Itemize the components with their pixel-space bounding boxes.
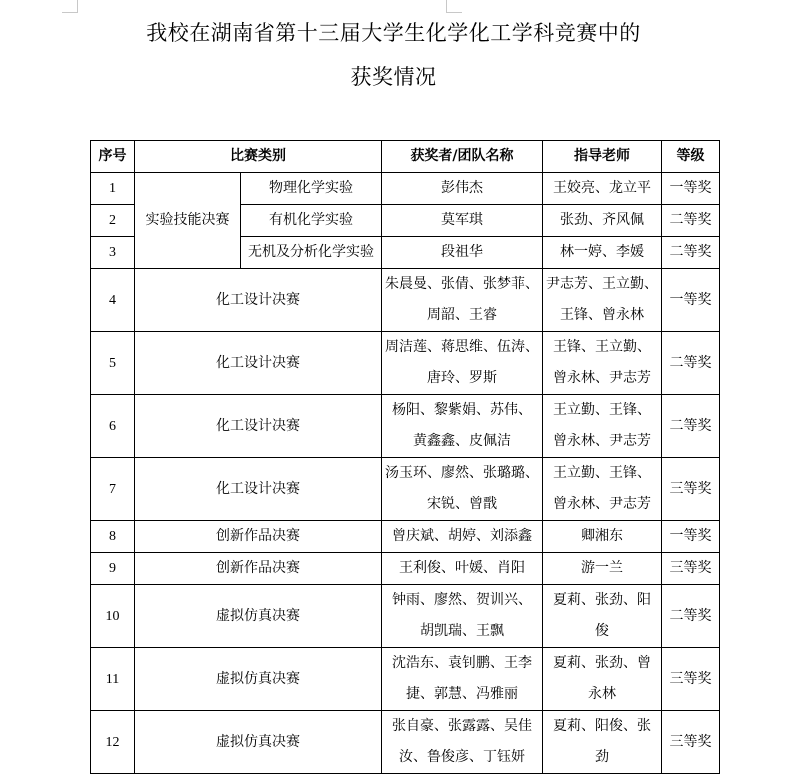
row-winners: 曾庆斌、胡婷、刘添鑫 [382, 521, 543, 553]
row-no: 2 [91, 205, 135, 237]
winners-line: 胡凯瑞、王飘 [385, 616, 539, 647]
winners-line: 沈浩东、袁钊鹏、王李 [385, 648, 539, 679]
advisors-line: 王立勤、王锋、 [546, 395, 658, 426]
row-advisors: 游一兰 [543, 553, 662, 585]
advisors-line: 曾永林、尹志芳 [546, 363, 658, 394]
row-winners: 杨阳、黎紫娟、苏伟、黄鑫鑫、皮佩洁 [382, 395, 543, 458]
row-subcategory: 无机及分析化学实验 [241, 237, 382, 269]
winners-line: 汝、鲁俊彦、丁钰妍 [385, 742, 539, 773]
row-advisors: 夏莉、阳俊、张劲 [543, 711, 662, 774]
row-winners: 莫军琪 [382, 205, 543, 237]
table-row: 12 虚拟仿真决赛 张自豪、张露露、吴佳汝、鲁俊彦、丁钰妍 夏莉、阳俊、张劲 三… [91, 711, 720, 774]
row-advisors: 王锋、王立勤、曾永林、尹志芳 [543, 332, 662, 395]
row-category: 虚拟仿真决赛 [135, 585, 382, 648]
row-advisors: 尹志芳、王立勤、王锋、曾永林 [543, 269, 662, 332]
row-subcategory: 有机化学实验 [241, 205, 382, 237]
winners-line: 杨阳、黎紫娟、苏伟、 [385, 395, 539, 426]
advisors-line: 永林 [546, 679, 658, 710]
row-winners: 沈浩东、袁钊鹏、王李捷、郭慧、冯雅丽 [382, 648, 543, 711]
advisors-line: 俊 [546, 616, 658, 647]
winners-line: 捷、郭慧、冯雅丽 [385, 679, 539, 710]
table-row: 5 化工设计决赛 周洁莲、蒋思维、伍涛、唐玲、罗斯 王锋、王立勤、曾永林、尹志芳… [91, 332, 720, 395]
row-level: 二等奖 [662, 237, 720, 269]
row-category: 创新作品决赛 [135, 553, 382, 585]
winners-line: 唐玲、罗斯 [385, 363, 539, 394]
table-row: 8 创新作品决赛 曾庆斌、胡婷、刘添鑫 卿湘东 一等奖 [91, 521, 720, 553]
awards-table: 序号 比赛类别 获奖者/团队名称 指导老师 等级 1 实验技能决赛 物理化学实验… [90, 140, 720, 774]
advisors-line: 尹志芳、王立勤、 [546, 269, 658, 300]
table-row: 1 实验技能决赛 物理化学实验 彭伟杰 王姣亮、龙立平 一等奖 [91, 173, 720, 205]
row-no: 12 [91, 711, 135, 774]
row-category: 实验技能决赛 [135, 173, 241, 269]
table-row: 7 化工设计决赛 汤玉环、廖然、张璐璐、宋锐、曾戬 王立勤、王锋、曾永林、尹志芳… [91, 458, 720, 521]
winners-line: 汤玉环、廖然、张璐璐、 [385, 458, 539, 489]
header-category: 比赛类别 [135, 141, 382, 173]
row-level: 二等奖 [662, 205, 720, 237]
row-level: 三等奖 [662, 553, 720, 585]
row-category: 化工设计决赛 [135, 458, 382, 521]
row-level: 二等奖 [662, 585, 720, 648]
header-level: 等级 [662, 141, 720, 173]
row-advisors: 张劲、齐风佩 [543, 205, 662, 237]
winners-line: 张自豪、张露露、吴佳 [385, 711, 539, 742]
row-level: 三等奖 [662, 711, 720, 774]
winners-line: 宋锐、曾戬 [385, 489, 539, 520]
advisors-line: 夏莉、阳俊、张 [546, 711, 658, 742]
table-row: 4 化工设计决赛 朱晨曼、张倩、张梦菲、周韶、王睿 尹志芳、王立勤、王锋、曾永林… [91, 269, 720, 332]
row-no: 6 [91, 395, 135, 458]
header-winners: 获奖者/团队名称 [382, 141, 543, 173]
winners-line: 周韶、王睿 [385, 300, 539, 331]
winners-line: 钟雨、廖然、贺训兴、 [385, 585, 539, 616]
table-row: 11 虚拟仿真决赛 沈浩东、袁钊鹏、王李捷、郭慧、冯雅丽 夏莉、张劲、曾永林 三… [91, 648, 720, 711]
row-category: 化工设计决赛 [135, 332, 382, 395]
row-winners: 钟雨、廖然、贺训兴、胡凯瑞、王飘 [382, 585, 543, 648]
row-category: 虚拟仿真决赛 [135, 711, 382, 774]
winners-line: 黄鑫鑫、皮佩洁 [385, 426, 539, 457]
header-no: 序号 [91, 141, 135, 173]
table-row: 9 创新作品决赛 王利俊、叶媛、肖阳 游一兰 三等奖 [91, 553, 720, 585]
row-no: 5 [91, 332, 135, 395]
page-margin-corner-right [446, 0, 462, 13]
row-level: 一等奖 [662, 269, 720, 332]
row-no: 10 [91, 585, 135, 648]
row-advisors: 林一婷、李媛 [543, 237, 662, 269]
winners-line: 朱晨曼、张倩、张梦菲、 [385, 269, 539, 300]
advisors-line: 王立勤、王锋、 [546, 458, 658, 489]
advisors-line: 夏莉、张劲、阳 [546, 585, 658, 616]
row-category: 化工设计决赛 [135, 269, 382, 332]
row-subcategory: 物理化学实验 [241, 173, 382, 205]
row-winners: 段祖华 [382, 237, 543, 269]
row-advisors: 王立勤、王锋、曾永林、尹志芳 [543, 395, 662, 458]
row-no: 3 [91, 237, 135, 269]
row-no: 1 [91, 173, 135, 205]
document-title-line2: 获奖情况 [0, 61, 787, 91]
row-level: 三等奖 [662, 458, 720, 521]
header-advisors: 指导老师 [543, 141, 662, 173]
advisors-line: 王锋、曾永林 [546, 300, 658, 331]
row-category: 虚拟仿真决赛 [135, 648, 382, 711]
table-row: 6 化工设计决赛 杨阳、黎紫娟、苏伟、黄鑫鑫、皮佩洁 王立勤、王锋、曾永林、尹志… [91, 395, 720, 458]
row-no: 7 [91, 458, 135, 521]
row-advisors: 王姣亮、龙立平 [543, 173, 662, 205]
row-level: 一等奖 [662, 521, 720, 553]
row-no: 8 [91, 521, 135, 553]
row-level: 三等奖 [662, 648, 720, 711]
row-winners: 王利俊、叶媛、肖阳 [382, 553, 543, 585]
row-advisors: 夏莉、张劲、曾永林 [543, 648, 662, 711]
row-advisors: 卿湘东 [543, 521, 662, 553]
row-no: 4 [91, 269, 135, 332]
row-winners: 朱晨曼、张倩、张梦菲、周韶、王睿 [382, 269, 543, 332]
advisors-line: 曾永林、尹志芳 [546, 489, 658, 520]
row-winners: 张自豪、张露露、吴佳汝、鲁俊彦、丁钰妍 [382, 711, 543, 774]
document-title-line1: 我校在湖南省第十三届大学生化学化工学科竞赛中的 [0, 17, 787, 47]
advisors-line: 王锋、王立勤、 [546, 332, 658, 363]
row-level: 一等奖 [662, 173, 720, 205]
row-advisors: 夏莉、张劲、阳俊 [543, 585, 662, 648]
table-row: 10 虚拟仿真决赛 钟雨、廖然、贺训兴、胡凯瑞、王飘 夏莉、张劲、阳俊 二等奖 [91, 585, 720, 648]
row-category: 化工设计决赛 [135, 395, 382, 458]
row-level: 二等奖 [662, 395, 720, 458]
row-level: 二等奖 [662, 332, 720, 395]
row-advisors: 王立勤、王锋、曾永林、尹志芳 [543, 458, 662, 521]
table-header-row: 序号 比赛类别 获奖者/团队名称 指导老师 等级 [91, 141, 720, 173]
row-winners: 彭伟杰 [382, 173, 543, 205]
page-margin-corner-left [62, 0, 78, 13]
row-category: 创新作品决赛 [135, 521, 382, 553]
advisors-line: 曾永林、尹志芳 [546, 426, 658, 457]
advisors-line: 夏莉、张劲、曾 [546, 648, 658, 679]
row-winners: 周洁莲、蒋思维、伍涛、唐玲、罗斯 [382, 332, 543, 395]
winners-line: 周洁莲、蒋思维、伍涛、 [385, 332, 539, 363]
row-winners: 汤玉环、廖然、张璐璐、宋锐、曾戬 [382, 458, 543, 521]
advisors-line: 劲 [546, 742, 658, 773]
row-no: 9 [91, 553, 135, 585]
row-no: 11 [91, 648, 135, 711]
